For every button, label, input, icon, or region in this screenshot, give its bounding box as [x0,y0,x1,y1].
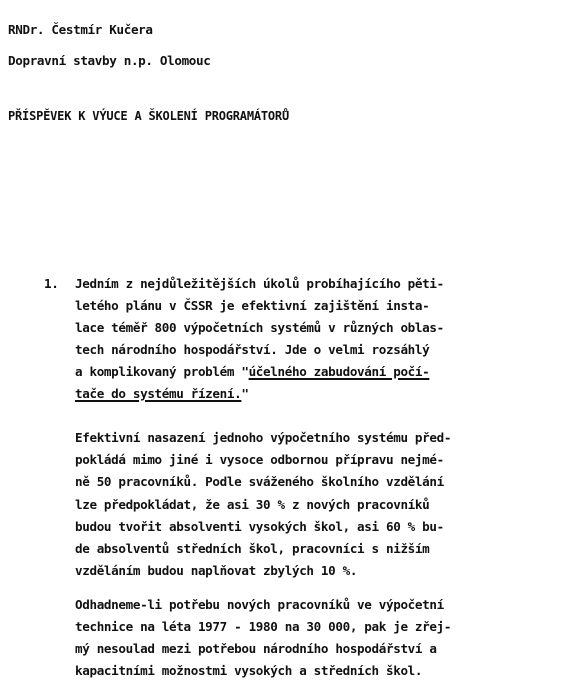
text-line: de absolventů středních škol, pracovníci… [75,541,429,557]
underlined-phrase: tače do systému řízení. [75,386,241,401]
text-line: letého plánu v ČSSR je efektivní zajiště… [75,298,429,314]
text-line: vzděláním budou naplňovat zbylých 10 %. [75,563,357,579]
text-line: lze předpokládat, že asi 30 % z nových p… [75,497,429,513]
document-page: RNDr. Čestmír Kučera Dopravní stavby n.p… [0,0,569,696]
text-line: lace téměř 800 výpočetních systémů v růz… [75,320,444,336]
text-line: pokládá mimo jiné i vysoce odbornou příp… [75,452,444,468]
text-line: mý nesoulad mezi potřebou národního hosp… [75,641,437,657]
underlined-phrase: účelného zabudování počí- [249,364,430,379]
text-line: tech národního hospodářství. Jde o velmi… [75,342,429,358]
text-line: ně 50 pracovníků. Podle sváženého školní… [75,474,444,490]
text-line: Efektivní nasazení jednoho výpočetního s… [75,430,451,446]
text-span: " [241,386,248,401]
document-title: PŘÍSPĚVEK K VÝUCE A ŠKOLENÍ PROGRAMÁTORŮ [8,108,289,124]
organization-name: Dopravní stavby n.p. Olomouc [8,53,211,69]
section-number: 1. [44,276,58,292]
text-line: Odhadneme-li potřebu nových pracovníků v… [75,597,444,613]
text-line: budou tvořit absolventi vysokých škol, a… [75,519,444,535]
text-line: a komplikovaný problém "účelného zabudov… [75,364,429,380]
text-line: tače do systému řízení." [75,386,249,402]
text-line: Jedním z nejdůležitějších úkolů probíhaj… [75,276,444,292]
author-name: RNDr. Čestmír Kučera [8,22,153,38]
text-line: kapacitními možnostmi vysokých a střední… [75,663,422,679]
text-span: a komplikovaný problém " [75,364,249,379]
text-line: technice na léta 1977 - 1980 na 30 000, … [75,619,451,635]
